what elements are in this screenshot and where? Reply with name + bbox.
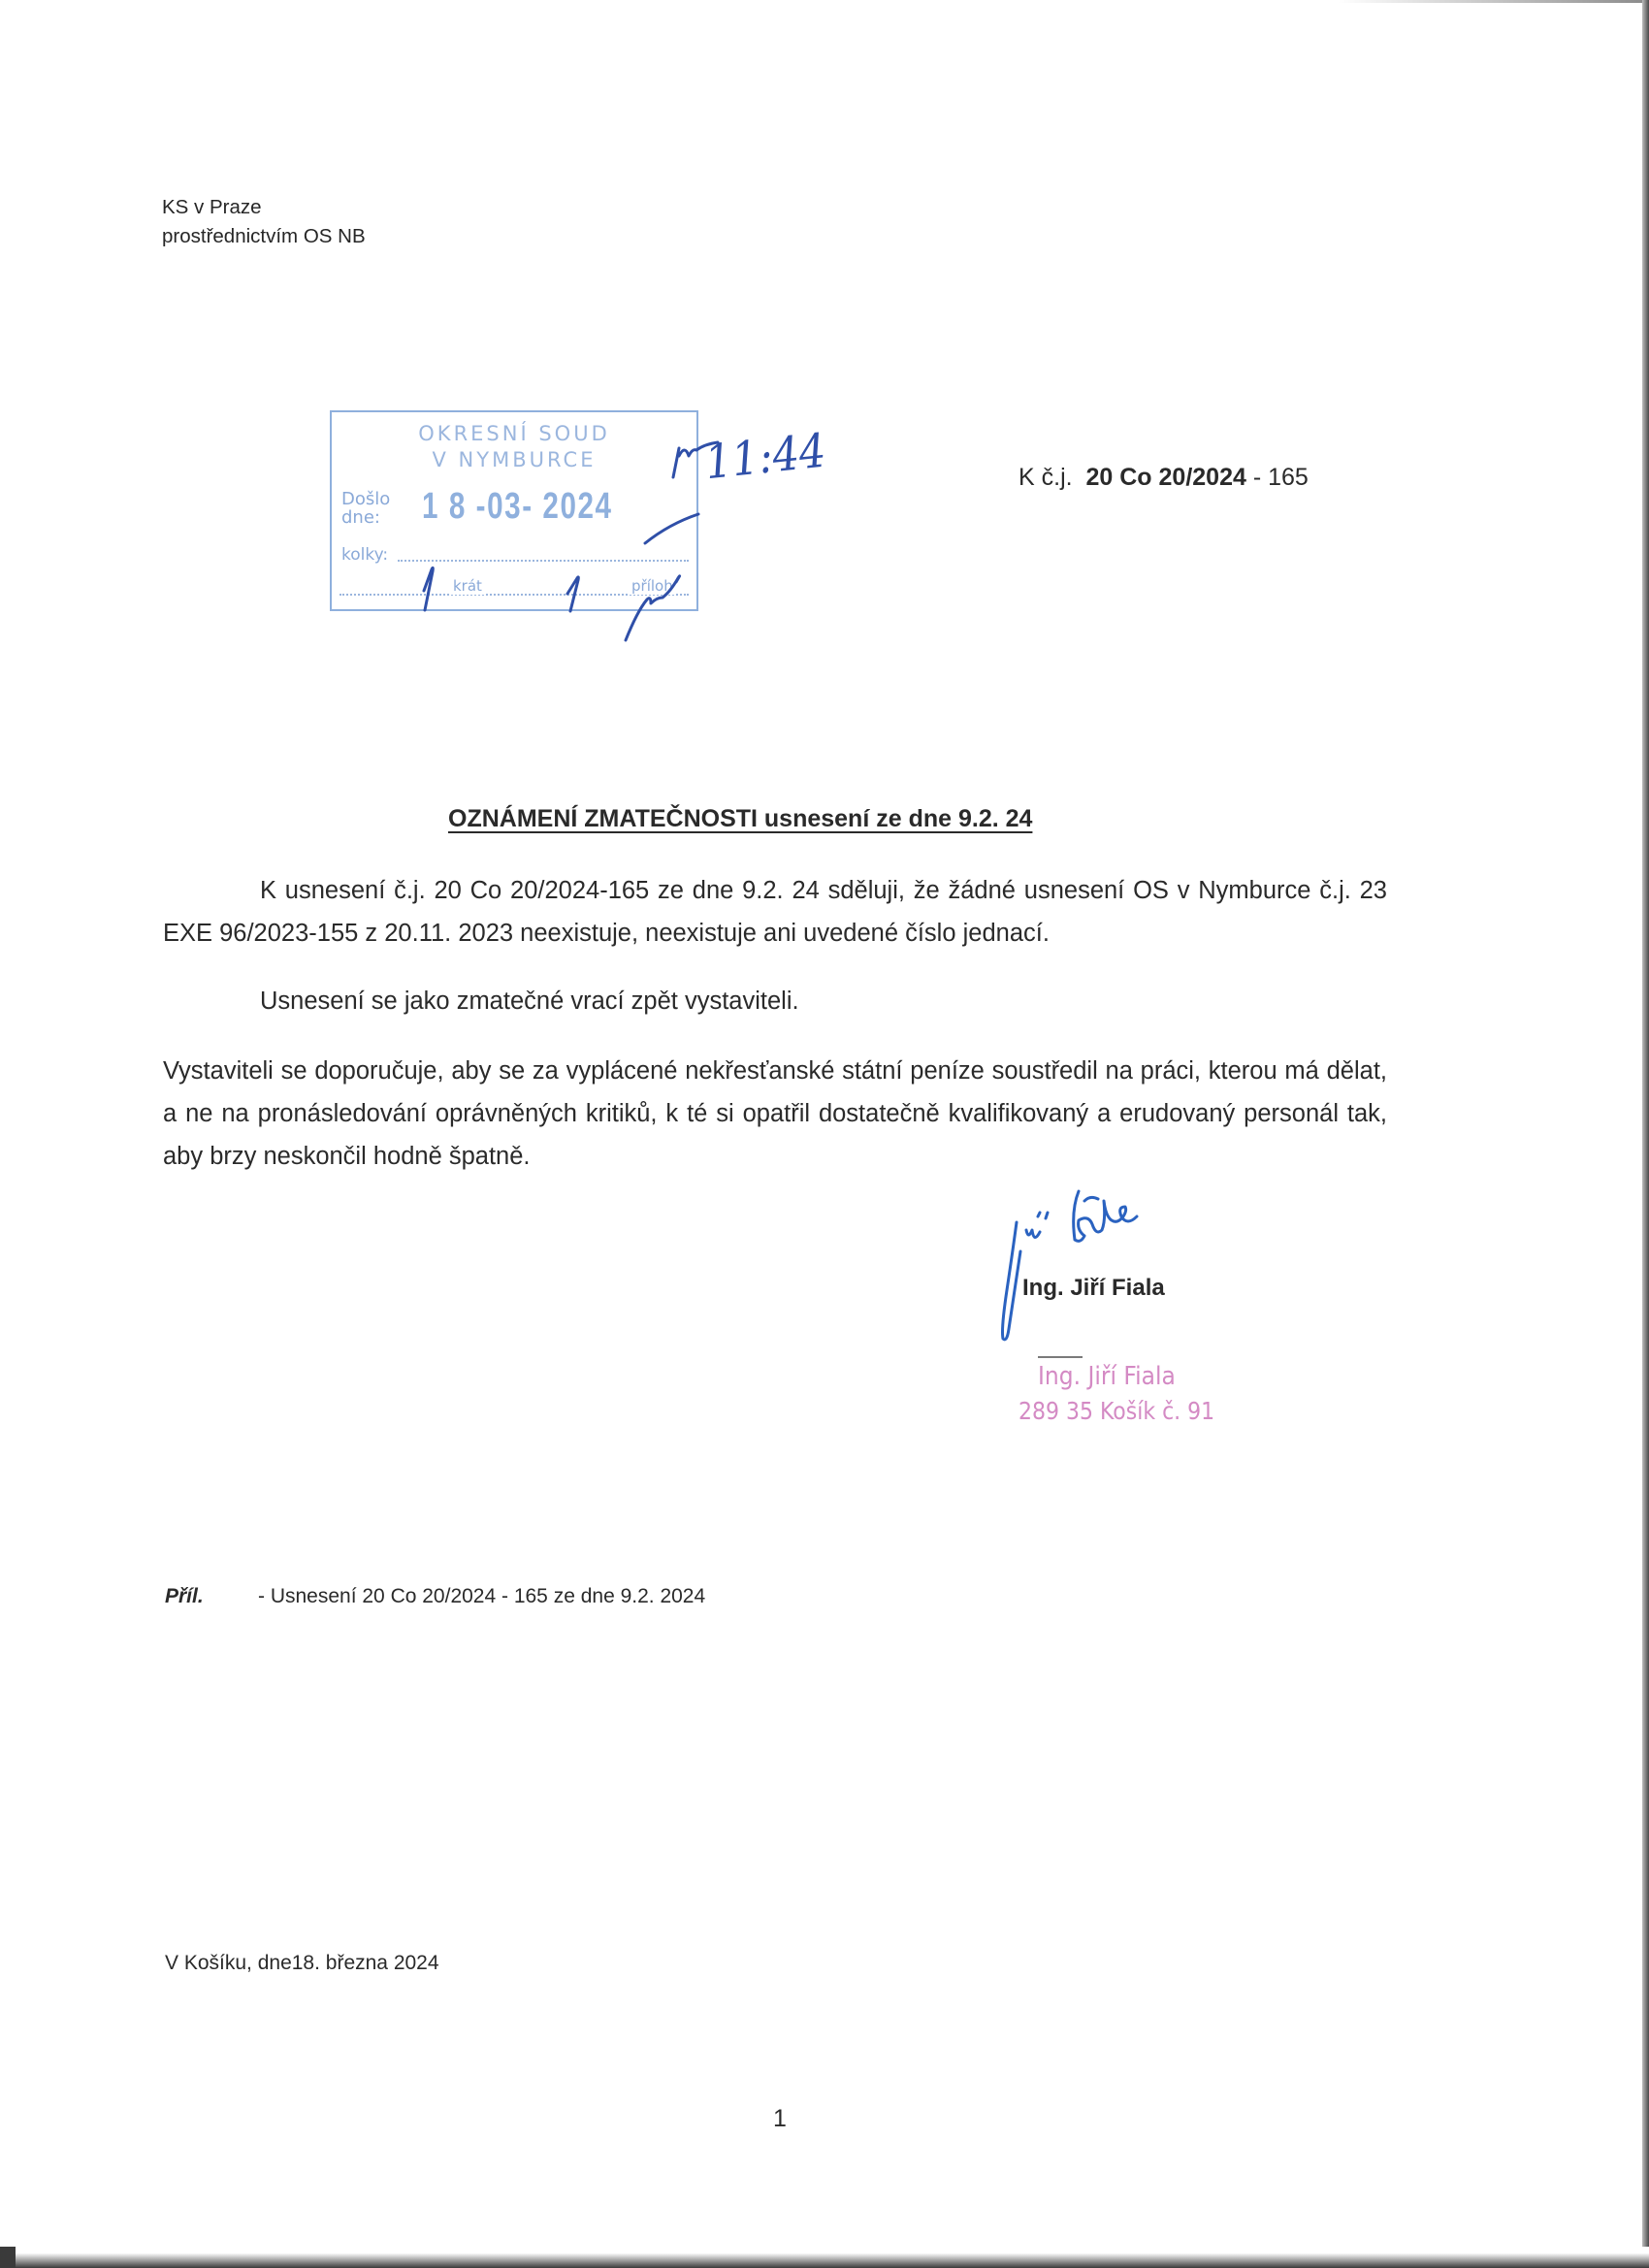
stamp-attachments-label: příloh: [629, 577, 676, 595]
stamp-court-name: OKRESNÍ SOUD: [332, 422, 696, 445]
stamp-stamps-label: kolky:: [341, 545, 388, 565]
stamp-dotted-line: [398, 560, 689, 562]
place-and-date: V Košíku, dne18. března 2024: [165, 1952, 439, 1975]
case-reference-number: 20 Co 20/2024: [1085, 464, 1245, 491]
body-paragraph: Usnesení se jako zmatečné vrací zpět vys…: [163, 980, 1387, 1022]
signer-name: Ing. Jiří Fiala: [1022, 1275, 1165, 1302]
registry-stamp: OKRESNÍ SOUD V NYMBURCE Došlo dne: 1 8 -…: [330, 410, 698, 611]
case-reference-suffix: - 165: [1253, 464, 1309, 491]
stamp-times-label: krát: [450, 577, 485, 595]
stamp-court-location: V NYMBURCE: [332, 448, 696, 471]
scan-edge: [1642, 0, 1649, 2268]
addressee-block: KS v Praze prostřednictvím OS NB: [162, 193, 366, 251]
scan-edge: [1339, 0, 1649, 3]
case-reference-prefix: K č.j.: [1018, 464, 1073, 491]
seal-rule: [1038, 1356, 1083, 1358]
stamp-received-date: 1 8 -03- 2024: [422, 486, 613, 528]
attachment-item: - Usnesení 20 Co 20/2024 - 165 ze dne 9.…: [258, 1585, 705, 1608]
body-paragraph: K usnesení č.j. 20 Co 20/2024-165 ze dne…: [163, 869, 1387, 955]
scan-edge: [0, 2247, 16, 2268]
page-number: 1: [773, 2105, 787, 2133]
handwritten-time: 11:44: [702, 424, 828, 491]
document-title: OZNÁMENÍ ZMATEČNOSTI usnesení ze dne 9.2…: [448, 805, 1032, 833]
seal-address: 289 35 Košík č. 91: [1018, 1397, 1214, 1425]
stamp-received-label: Došlo dne:: [341, 490, 400, 527]
attachments-label: Příl.: [165, 1585, 204, 1608]
case-reference: K č.j. 20 Co 20/2024 - 165: [1018, 464, 1309, 492]
body-paragraph: Vystaviteli se doporučuje, aby se za vyp…: [163, 1050, 1387, 1178]
addressee-line-2: prostřednictvím OS NB: [162, 222, 366, 251]
handwritten-signature: [980, 1183, 1174, 1358]
scan-edge: [0, 2247, 1649, 2268]
seal-name: Ing. Jiří Fiala: [1038, 1362, 1176, 1391]
addressee-line-1: KS v Praze: [162, 193, 366, 222]
